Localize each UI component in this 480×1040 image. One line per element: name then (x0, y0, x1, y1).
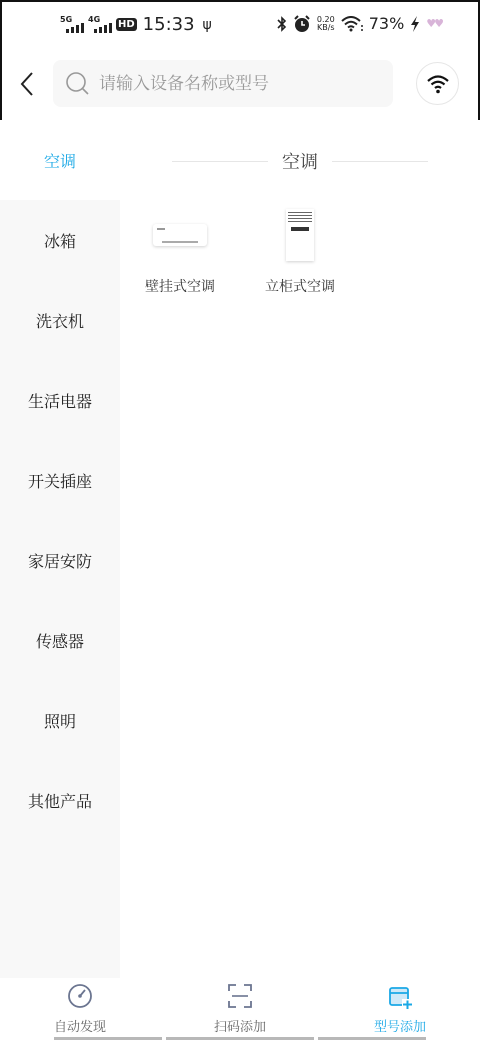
tab-label: 自动发现 (0, 1016, 160, 1035)
divider-left (172, 161, 268, 162)
tab-label: 扫码添加 (160, 1016, 320, 1035)
net-speed-unit: KB/s (317, 24, 335, 32)
sidebar-item-home-security[interactable]: 家居安防 (0, 520, 120, 600)
device-wall-ac[interactable]: 壁挂式空调 (120, 200, 240, 300)
section-title: 空调 (172, 146, 428, 176)
usb-icon: ψ (203, 17, 212, 33)
search-icon (65, 71, 91, 97)
wifi-status-icon (341, 16, 363, 32)
signal-5g-icon: 5G (60, 15, 84, 35)
sidebar-item-label: 照明 (44, 709, 76, 732)
back-button[interactable] (16, 70, 40, 98)
standing-ac-icon (240, 200, 360, 270)
network-speed: 0.20 KB/s (317, 16, 335, 32)
sidebar-item-appliances[interactable]: 生活电器 (0, 360, 120, 440)
wall-ac-icon (120, 200, 240, 270)
section-title-text: 空调 (282, 148, 318, 174)
divider-right (332, 161, 428, 162)
bluetooth-icon (277, 16, 287, 32)
category-sidebar: 空调 冰箱 洗衣机 生活电器 开关插座 家居安防 传感器 照明 其他产品 (0, 120, 120, 978)
sidebar-item-sensors[interactable]: 传感器 (0, 600, 120, 680)
hd-voice-icon: HD (116, 18, 137, 31)
device-name: 立柜式空调 (240, 276, 360, 296)
hearts-icon: ♥♥ (426, 17, 442, 30)
status-right: 0.20 KB/s 73% ♥♥ (277, 14, 442, 33)
signal-4g-icon: 4G (88, 15, 112, 35)
sidebar-item-label: 冰箱 (44, 229, 76, 252)
sidebar-item-label: 其他产品 (28, 789, 92, 812)
sidebar-item-other-products[interactable]: 其他产品 (0, 760, 120, 840)
tab-scan-add[interactable]: 扫码添加 (160, 978, 320, 1040)
battery-level: 73% (369, 14, 405, 33)
wifi-icon (427, 74, 449, 94)
sidebar-item-label: 空调 (44, 149, 76, 172)
alarm-icon (293, 15, 311, 33)
search-input[interactable] (99, 74, 379, 94)
sidebar-item-lighting[interactable]: 照明 (0, 680, 120, 760)
sidebar-item-switches-sockets[interactable]: 开关插座 (0, 440, 120, 520)
device-standing-ac[interactable]: 立柜式空调 (240, 200, 360, 300)
sidebar-item-label: 家居安防 (28, 549, 92, 572)
sidebar-item-label: 开关插座 (28, 469, 92, 492)
tab-model-add[interactable]: 型号添加 (320, 978, 480, 1040)
model-add-icon (386, 982, 414, 1010)
search-box[interactable] (53, 60, 393, 107)
status-left: 5G 4G HD 15:33 ψ (60, 14, 212, 35)
device-name: 壁挂式空调 (120, 276, 240, 296)
scan-icon (226, 982, 254, 1010)
header (0, 58, 480, 110)
sidebar-item-label: 洗衣机 (36, 309, 84, 332)
sidebar-item-washing-machine[interactable]: 洗衣机 (0, 280, 120, 360)
sidebar-item-refrigerator[interactable]: 冰箱 (0, 200, 120, 280)
chevron-left-icon (16, 70, 40, 98)
clock: 15:33 (143, 14, 195, 35)
wifi-config-button[interactable] (416, 62, 459, 105)
sidebar-item-label: 生活电器 (28, 389, 92, 412)
tab-label: 型号添加 (320, 1016, 480, 1035)
status-bar: 5G 4G HD 15:33 ψ 0.20 KB/s 73% ♥♥ (0, 0, 480, 50)
bottom-tab-bar: 自动发现 扫码添加 型号添加 (0, 978, 480, 1040)
sidebar-item-air-conditioner[interactable]: 空调 (0, 120, 120, 200)
tab-auto-discover[interactable]: 自动发现 (0, 978, 160, 1040)
gauge-icon (66, 982, 94, 1010)
sidebar-item-label: 传感器 (36, 629, 84, 652)
charging-bolt-icon (410, 16, 420, 32)
device-content: 空调 壁挂式空调 立柜式空调 (120, 120, 480, 978)
